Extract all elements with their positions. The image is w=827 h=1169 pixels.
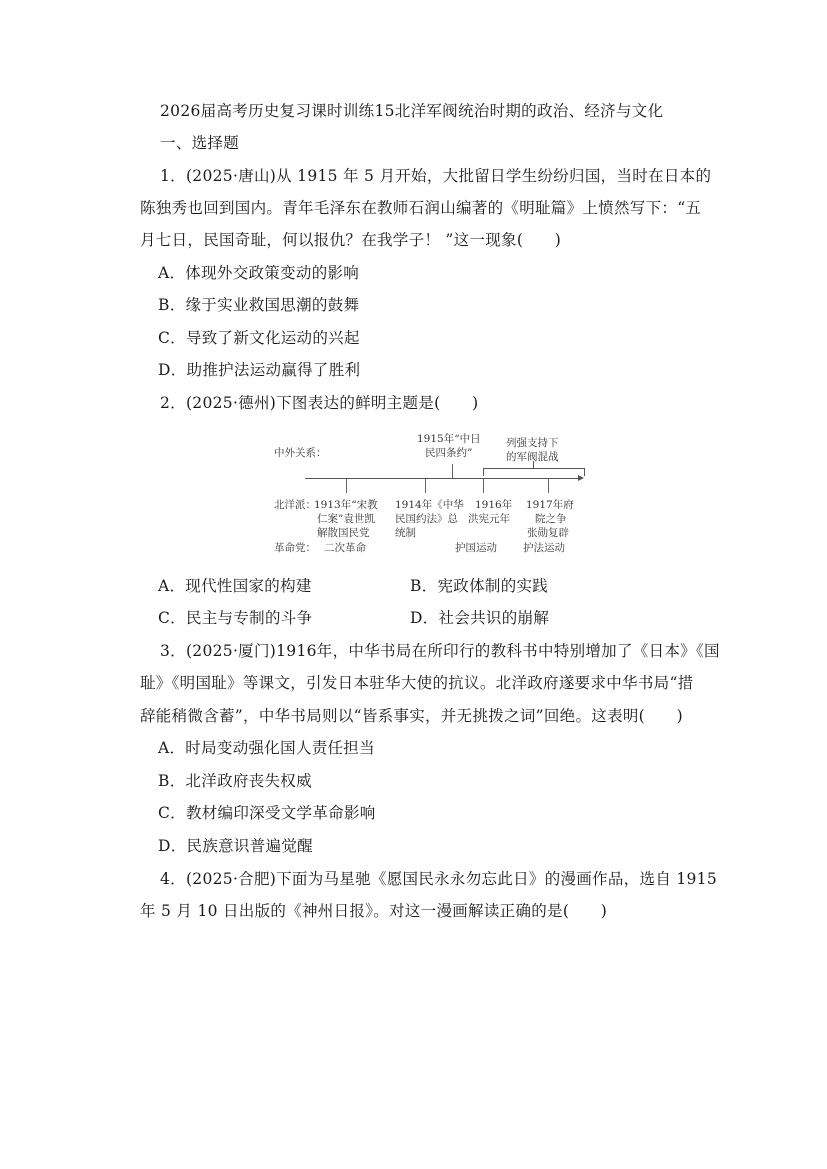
option-a: A．时局变动强化国人责任担当 — [158, 738, 375, 758]
event-1917-line3: 张勋复辟 — [527, 526, 569, 540]
option-d: D．民族意识普遍觉醒 — [158, 836, 313, 856]
event-1914-line2: 民国约法》总 — [395, 512, 458, 526]
event-1915-line2: 民四条约” — [425, 446, 472, 460]
section-heading: 一、选择题 — [160, 133, 239, 153]
event-1914-line1: 1914年《中华 — [395, 498, 464, 512]
event-warlord-line1: 列强支持下 — [506, 436, 559, 450]
question-text-line: 3．(2025·厦门)1916年，中华书局在所印行的教科书中特别增加了《日本》《… — [160, 641, 720, 661]
question-text-line: 耻》《明国耻》等课文，引发日本驻华大使的抗议。北洋政府遂要求中华书局“措 — [140, 673, 693, 693]
question-text-line: 年 5 月 10 日出版的《神州日报》。对这一漫画解读正确的是( ) — [140, 901, 607, 921]
option-c: C．导致了新文化运动的兴起 — [158, 328, 360, 348]
tick-1915 — [452, 464, 453, 478]
revolution-1916: 护国运动 — [455, 541, 497, 555]
timeline-diagram: 中外关系： 1915年“中日 民四条约” 列强支持下 的军阀混战 北洋派： 19… — [262, 428, 602, 564]
tick-1916 — [483, 479, 484, 493]
option-b: B．缘于实业救国思潮的鼓舞 — [158, 295, 359, 315]
event-1917-line1: 1917年府 — [526, 498, 574, 512]
question-text-line: 月七日，民国奇耻，何以报仇？在我学子！ ”这一现象( ) — [140, 230, 561, 250]
option-a: A．现代性国家的构建 — [158, 576, 312, 596]
option-d: D．助推护法运动赢得了胜利 — [158, 360, 360, 380]
document-page: 2026届高考历史复习课时训练15北洋军阀统治时期的政治、经济与文化 一、选择题… — [0, 0, 827, 1169]
revolution-1913: 二次革命 — [324, 541, 366, 555]
tick-1914 — [425, 479, 426, 493]
event-1914-line3: 统制 — [395, 526, 416, 540]
bracket-stem — [533, 461, 534, 468]
option-c: C．民主与专制的斗争 — [158, 608, 312, 628]
option-b: B．北洋政府丧失权威 — [158, 771, 312, 791]
question-text-line: 陈独秀也回到国内。青年毛泽东在教师石润山编著的《明耻篇》上愤然写下：“五 — [140, 198, 701, 218]
event-1916-line2: 洪宪元年 — [468, 512, 510, 526]
question-text-line: 4．(2025·合肥)下面为马星驰《愿国民永永勿忘此日》的漫画作品，选自 191… — [160, 869, 717, 889]
event-1913-line2: 仁案”袁世凯 — [317, 512, 375, 526]
event-1917-line2: 院之争 — [535, 512, 567, 526]
row-label-foreign: 中外关系： — [274, 446, 327, 460]
row-label-revolution: 革命党： — [274, 541, 316, 555]
tick-1917 — [548, 479, 549, 493]
event-1913-line3: 解散国民党 — [317, 526, 370, 540]
document-title: 2026届高考历史复习课时训练15北洋军阀统治时期的政治、经济与文化 — [160, 101, 663, 121]
event-1915-line1: 1915年“中日 — [417, 432, 481, 446]
tick-1913 — [346, 479, 347, 493]
event-1913-line1: 1913年“宋教 — [314, 498, 378, 512]
question-text-line: 2．(2025·德州)下图表达的鲜明主题是( ) — [160, 393, 478, 413]
arrow-right-icon — [578, 475, 584, 481]
warlord-period-bracket — [483, 468, 585, 476]
option-b: B．宪政体制的实践 — [410, 576, 548, 596]
row-label-beiyang: 北洋派： — [274, 498, 316, 512]
option-a: A．体现外交政策变动的影响 — [158, 263, 359, 283]
question-text-line: 1．(2025·唐山)从 1915 年 5 月开始，大批留日学生纷纷归国，当时在… — [160, 166, 711, 186]
event-1916-line1: 1916年 — [475, 498, 512, 512]
question-text-line: 辞能稍微含蓄”，中华书局则以“皆系事实，并无挑拨之词”回绝。这表明( ) — [140, 706, 683, 726]
option-d: D．社会共识的崩解 — [410, 608, 549, 628]
revolution-1917: 护法运动 — [523, 541, 565, 555]
option-c: C．教材编印深受文学革命影响 — [158, 803, 376, 823]
